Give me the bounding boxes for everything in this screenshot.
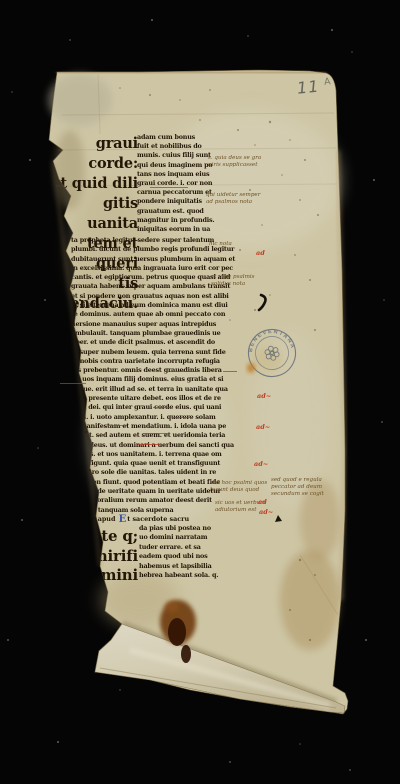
- margin-note-5: sed hoc psalmi quoslegunt deus quod: [210, 480, 267, 494]
- red-underline: [60, 383, 86, 384]
- margin-note-line: uiris supplicasset: [208, 162, 261, 169]
- red-underline: [143, 433, 170, 434]
- red-underline: [108, 425, 127, 426]
- red-underline: [153, 407, 171, 408]
- red-ad-mark: ad~: [257, 392, 271, 400]
- margin-note-1: s. quia deus se grauiris supplicasset: [208, 155, 261, 169]
- foliation-number: 11: [296, 76, 320, 97]
- margin-note-line: s. quia deus se gra: [208, 155, 261, 162]
- margin-note-line: sed quod e regula: [271, 477, 324, 484]
- margin-note-line: solidus nota: [211, 281, 255, 288]
- red-underline: [138, 444, 160, 445]
- margin-note-line: legunt deus quod: [210, 487, 267, 494]
- margin-note-line: hic nota: [209, 241, 232, 248]
- red-ad-mark: ad~: [259, 508, 273, 516]
- red-underline: [150, 187, 188, 188]
- margin-note-line: qui uidetur semper: [206, 192, 260, 199]
- red-ad-mark: ad: [258, 498, 267, 506]
- margin-note-line: secundum se cogit: [271, 491, 324, 498]
- foliation-pencil: 11 A: [296, 75, 332, 97]
- manuscript-photograph: BENEVENTANA graui corde:ut quid diligiti…: [0, 0, 400, 784]
- red-underline: [172, 417, 193, 418]
- orange-stain: [247, 363, 255, 373]
- margin-note-line: ad psalmos nota: [206, 199, 260, 206]
- margin-note-line: peccator ad deum: [271, 484, 324, 491]
- margin-note-6: sed quod e regulapeccator ad deumsecundu…: [271, 477, 324, 499]
- margin-note-2: qui uidetur semperad psalmos nota: [206, 192, 260, 206]
- margin-note-3: hic nota: [209, 241, 232, 248]
- parchment-svg: BENEVENTANA: [0, 0, 400, 784]
- margin-note-line: et uere psalmis: [211, 274, 255, 281]
- red-underline: [223, 371, 237, 372]
- red-ad-mark: ad: [256, 249, 265, 257]
- margin-note-line: sed hoc psalmi quos: [210, 480, 267, 487]
- margin-note-4: et uere psalmissolidus nota: [211, 274, 255, 288]
- foliation-letter: A: [324, 76, 332, 88]
- red-ad-mark: ad~: [256, 423, 270, 431]
- red-underline: [170, 371, 198, 372]
- red-ad-mark: ad~: [254, 460, 268, 468]
